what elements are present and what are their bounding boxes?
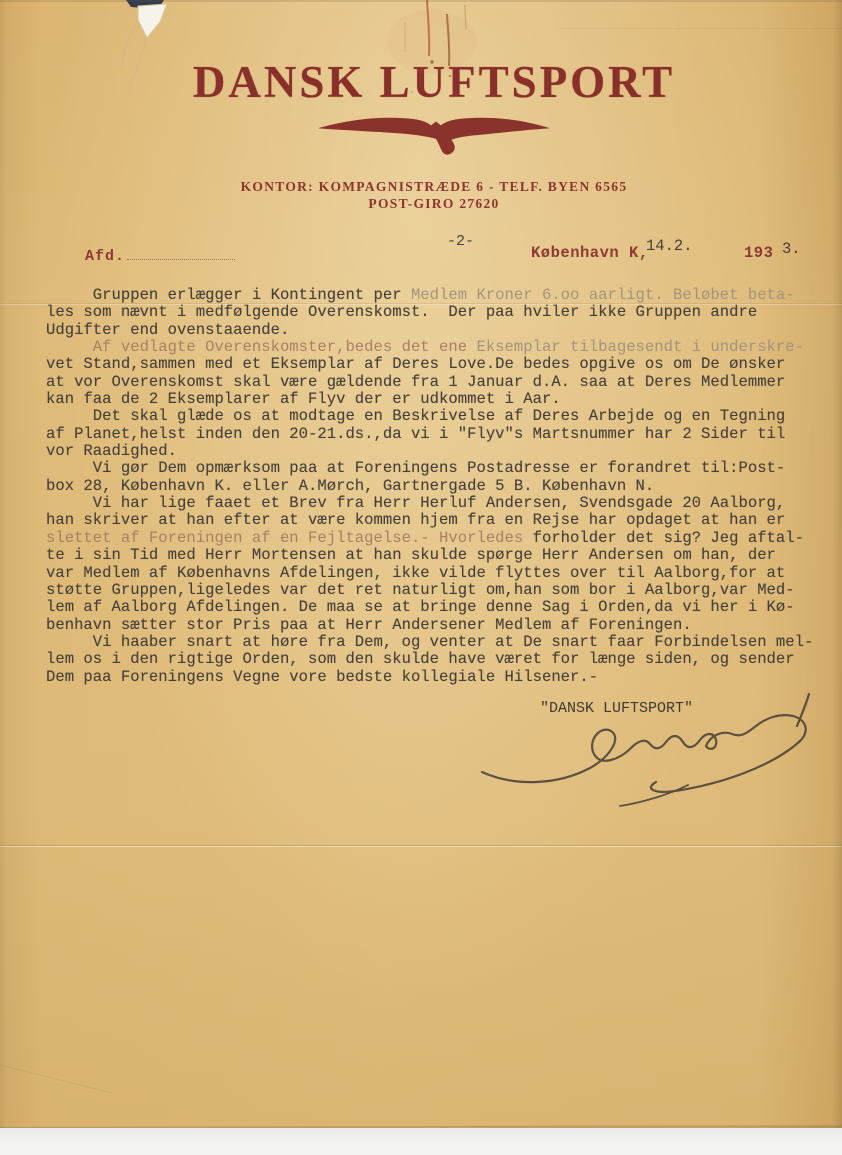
typewritten-line: var Medlem af Københavns Afdelingen, ikk… [46,565,828,582]
typewritten-segment: box 28, København K. eller A.Mørch, Gart… [46,477,654,495]
typewritten-segment: kan faa de 2 Eksemplarer af Flyv der er … [46,390,561,408]
eagle-icon [318,112,550,158]
typewritten-segment: lem os i den rigtige Orden, som den skul… [46,650,795,668]
letter-paper: DANSK LUFTSPORT KONTOR: KOMPAGNISTRÆDE 6… [0,0,842,1128]
typewritten-line: Dem paa Foreningens Vegne vore bedste ko… [46,669,828,686]
page-number: -2- [447,233,474,250]
typewritten-segment: Vi har lige faaet et Brev fra Herr Herlu… [46,494,785,512]
typewritten-segment: forholder det sig? Jeg aftal- [533,529,804,547]
typewritten-line: af Planet,helst inden den 20-21.ds.,da v… [46,426,828,443]
typewritten-segment: Gruppen erlægger i Kontingent per [46,286,411,304]
fold-crease-top-right [560,28,842,30]
typewritten-line: vor Raadighed. [46,443,828,460]
scanner-bed-background [0,1128,842,1155]
typewritten-line: te i sin Tid med Herr Mortensen at han s… [46,547,828,564]
typewritten-segment: Medlem Kroner 6.oo aarligt. Beløbet beta… [411,286,795,304]
afd-label: Afd. [85,246,235,265]
typewritten-line: støtte Gruppen,ligeledes var det ret nat… [46,582,828,599]
year-printed: 193 [744,244,773,262]
fold-crease-lower [0,845,842,847]
paper-edge-top [0,0,842,2]
typewritten-line: benhavn sætter stor Pris paa at Herr And… [46,617,828,634]
letterhead-address-line2: POST-GIRO 27620 [0,195,842,212]
typewritten-segment: af Planet,helst inden den 20-21.ds.,da v… [46,425,785,443]
typewritten-segment: vor Raadighed. [46,442,177,460]
typewritten-line: Gruppen erlægger i Kontingent per Medlem… [46,287,828,304]
handwritten-signature-scribble [460,686,820,816]
typewritten-line: vet Stand,sammen med et Eksemplar af Der… [46,356,828,373]
paper-edge-left [0,0,7,1128]
typewritten-line: Vi haaber snart at høre fra Dem, og vent… [46,634,828,651]
afd-label-text: Afd. [85,248,125,265]
typewritten-segment: Af vedlagte Overenskomster,bedes det ene [46,338,476,356]
typewritten-segment: Udgifter end ovenstaaende. [46,321,289,339]
typewritten-line: box 28, København K. eller A.Mørch, Gart… [46,478,828,495]
typewritten-segment: støtte Gruppen,ligeledes var det ret nat… [46,581,795,599]
letterhead-address: KONTOR: KOMPAGNISTRÆDE 6 - TELF. BYEN 65… [0,178,842,212]
typewritten-segment: Vi haaber snart at høre fra Dem, og vent… [46,633,813,651]
letterhead-address-line1: KONTOR: KOMPAGNISTRÆDE 6 - TELF. BYEN 65… [0,178,842,195]
typewritten-line: kan faa de 2 Eksemplarer af Flyv der er … [46,391,828,408]
typewritten-line: lem os i den rigtige Orden, som den skul… [46,651,828,668]
typewritten-line: Af vedlagte Overenskomster,bedes det ene… [46,339,828,356]
typewritten-line: lem af Aalborg Afdelingen. De maa se at … [46,599,828,616]
typewritten-line: han skriver at han efter at være kommen … [46,512,828,529]
typewritten-line: les som nævnt i medfølgende Overenskomst… [46,304,828,321]
fold-crease-corner [0,1064,112,1095]
typewritten-segment: var Medlem af Københavns Afdelingen, ikk… [46,564,785,582]
typewritten-line: Udgifter end ovenstaaende. [46,322,828,339]
typewritten-segment: Det skal glæde os at modtage en Beskrive… [46,407,785,425]
typewritten-segment: vet Stand,sammen med et Eksemplar af Der… [46,355,785,373]
typewritten-segment: lem af Aalborg Afdelingen. De maa se at … [46,598,795,616]
city-printed: København K, [531,244,649,262]
typewritten-segment: Vi gør Dem opmærksom paa at Foreningens … [46,459,785,477]
typewritten-segment: les som nævnt i medfølgende Overenskomst… [46,303,757,321]
typewritten-line: slettet af Foreningen af en Fejltagelse.… [46,530,828,547]
letter-body: Gruppen erlægger i Kontingent per Medlem… [46,287,828,686]
scanner-background: { "letterhead": { "title": "DANSK LUFTSP… [0,0,842,1155]
typewritten-segment: te i sin Tid med Herr Mortensen at han s… [46,546,776,564]
year-digit-typed: 3. [782,240,801,258]
afd-dotted-line [127,246,235,260]
typewritten-segment: slettet af Foreningen af en Fejltagelse.… [46,529,533,547]
typewritten-line: Det skal glæde os at modtage en Beskrive… [46,408,828,425]
date-typed: 14.2. [646,237,693,255]
typewritten-segment: at vor Overenskomst skal være gældende f… [46,373,785,391]
typewritten-segment: Eksemplar tilbagesendt i underskre- [476,338,804,356]
typewritten-segment: han skriver at han efter at være kommen … [46,511,785,529]
letterhead-title: DANSK LUFTSPORT [0,56,842,108]
typewritten-segment: benhavn sætter stor Pris paa at Herr And… [46,616,692,634]
typewritten-line: Vi gør Dem opmærksom paa at Foreningens … [46,460,828,477]
typewritten-segment: Dem paa Foreningens Vegne vore bedste ko… [46,668,598,686]
typewritten-line: at vor Overenskomst skal være gældende f… [46,374,828,391]
typewritten-line: Vi har lige faaet et Brev fra Herr Herlu… [46,495,828,512]
paper-edge-right [832,0,842,1128]
